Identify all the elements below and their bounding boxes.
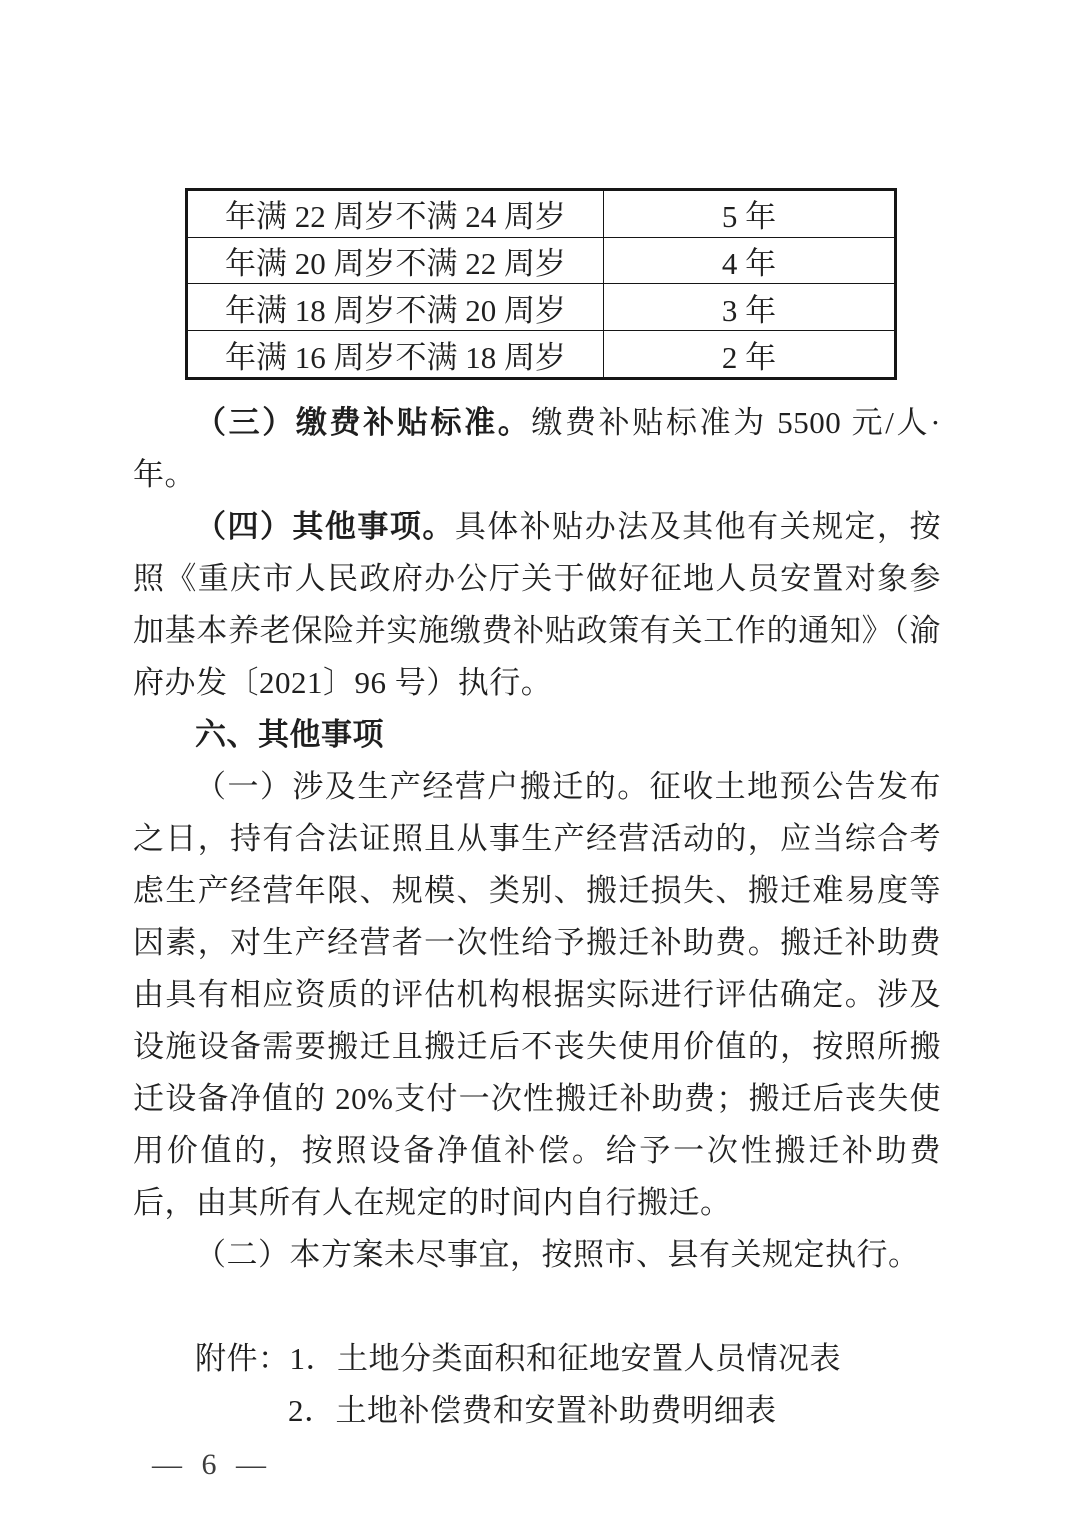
table-row: 年满 16 周岁不满 18 周岁 2 年 xyxy=(187,331,896,379)
years-cell: 5 年 xyxy=(604,190,896,238)
attachment-item-1: 1．土地分类面积和征地安置人员情况表 xyxy=(290,1341,842,1376)
age-range-cell: 年满 20 周岁不满 22 周岁 xyxy=(187,237,604,284)
years-cell: 3 年 xyxy=(604,284,896,331)
age-range-cell: 年满 16 周岁不满 18 周岁 xyxy=(187,331,604,379)
age-range-cell: 年满 22 周岁不满 24 周岁 xyxy=(187,190,604,238)
paragraph-sub1: （一）涉及生产经营户搬迁的。征收土地预公告发布之日，持有合法证照且从事生产经营活… xyxy=(133,761,941,1229)
page-number: — 6 — xyxy=(152,1448,272,1482)
paragraph-item3: （三）缴费补贴标准。缴费补贴标准为 5500 元/人·年。 xyxy=(133,397,941,501)
years-cell: 4 年 xyxy=(604,237,896,284)
age-range-cell: 年满 18 周岁不满 20 周岁 xyxy=(187,284,604,331)
paragraph-sub2: （二）本方案未尽事宜，按照市、县有关规定执行。 xyxy=(133,1229,941,1281)
years-cell: 2 年 xyxy=(604,331,896,379)
section6-heading: 六、其他事项 xyxy=(133,709,941,761)
table-row: 年满 18 周岁不满 20 周岁 3 年 xyxy=(187,284,896,331)
attachments-label: 附件： xyxy=(195,1341,290,1376)
body-text: （三）缴费补贴标准。缴费补贴标准为 5500 元/人·年。 （四）其他事项。具体… xyxy=(133,397,941,1437)
document-page: 年满 22 周岁不满 24 周岁 5 年 年满 20 周岁不满 22 周岁 4 … xyxy=(0,0,1074,1520)
item4-lead: （四）其他事项。 xyxy=(195,509,455,544)
age-years-table: 年满 22 周岁不满 24 周岁 5 年 年满 20 周岁不满 22 周岁 4 … xyxy=(185,188,897,380)
paragraph-item4: （四）其他事项。具体补贴办法及其他有关规定，按照《重庆市人民政府办公厅关于做好征… xyxy=(133,501,941,709)
table-row: 年满 20 周岁不满 22 周岁 4 年 xyxy=(187,237,896,284)
attachment-item-2: 2．土地补偿费和安置补助费明细表 xyxy=(288,1393,777,1428)
item3-lead: （三）缴费补贴标准。 xyxy=(195,405,531,440)
attachments-block: 附件：1．土地分类面积和征地安置人员情况表2．土地补偿费和安置补助费明细表 xyxy=(133,1333,941,1437)
table-row: 年满 22 周岁不满 24 周岁 5 年 xyxy=(187,190,896,238)
